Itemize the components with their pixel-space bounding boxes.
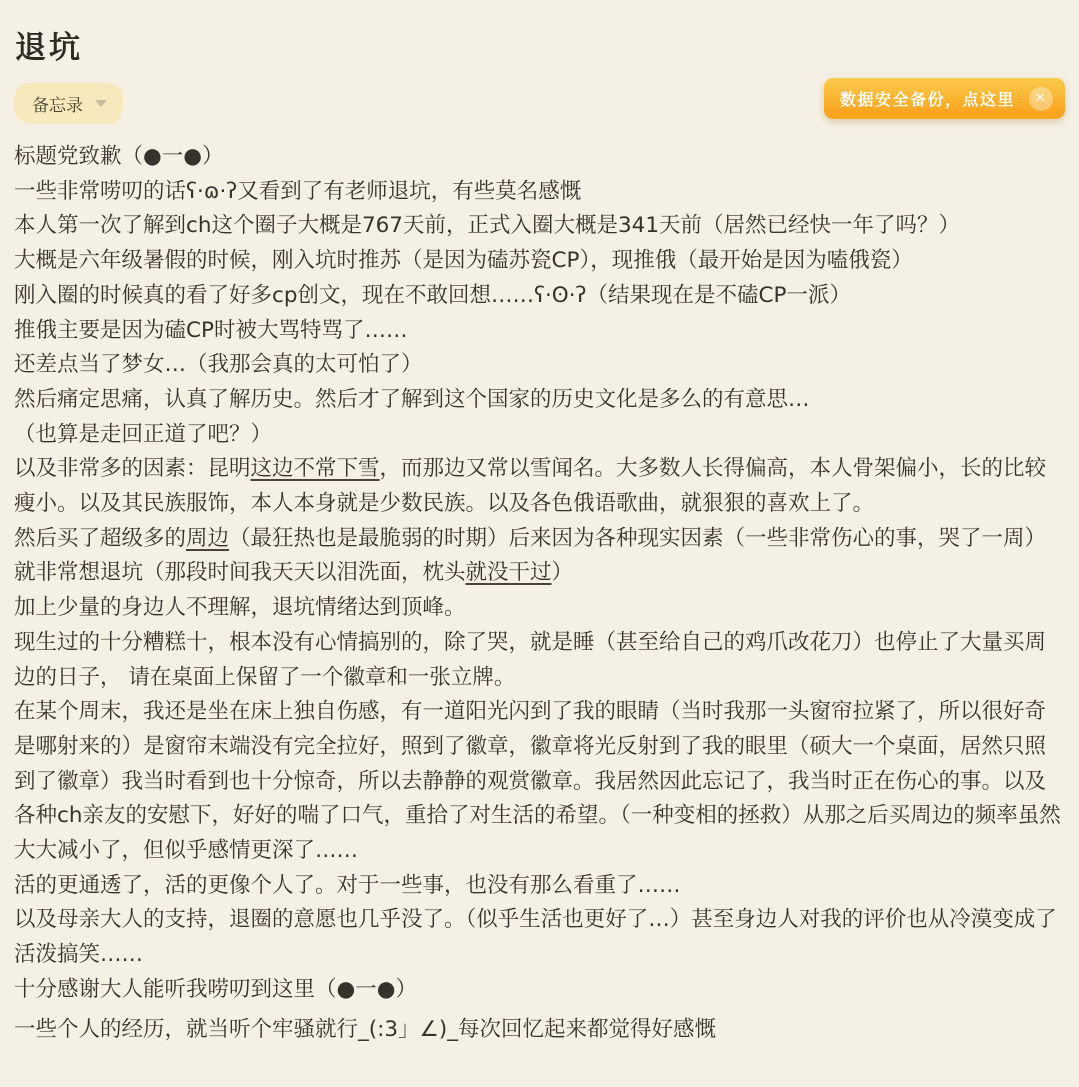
note-paragraph: 活的更通透了，活的更像个人了。对于一些事，也没有那么看重了…… <box>14 869 1067 904</box>
note-paragraph: 然后买了超级多的周边（最狂热也是最脆弱的时期）后来因为各种现实因素（一些非常伤心… <box>14 522 1067 591</box>
note-paragraph: 以及母亲大人的支持，退圈的意愿也几乎没了。（似乎生活也更好了…）甚至身边人对我的… <box>14 903 1067 972</box>
note-text: 以及母亲大人的支持，退圈的意愿也几乎没了。（似乎生活也更好了…）甚至身边人对我的… <box>14 907 1057 967</box>
note-paragraph: 加上少量的身边人不理解，退坑情绪达到顶峰。 <box>14 591 1067 626</box>
note-paragraph: 标题党致歉（●一●） <box>14 140 1067 175</box>
note-text: 一些非常唠叨的话ʕ·ɷ·ʔ又看到了有老师退坑，有些莫名感慨 <box>14 179 581 204</box>
note-text: 现生过的十分糟糕十，根本没有心情搞别的，除了哭，就是睡（甚至给自己的鸡爪改花刀）… <box>14 630 1046 690</box>
note-paragraph: 刚入圈的时候真的看了好多cp创文，现在不敢回想……ʕ·ʘ·ʔ（结果现在是不磕CP… <box>14 279 1067 314</box>
note-text: （也算是走回正道了吧？） <box>14 422 272 447</box>
note-paragraph: 以及非常多的因素：昆明这边不常下雪，而那边又常以雪闻名。大多数人长得偏高，本人骨… <box>14 452 1067 521</box>
note-text: 然后买了超级多的 <box>14 526 186 551</box>
note-text: 加上少量的身边人不理解，退坑情绪达到顶峰。 <box>14 595 466 620</box>
note-text: 以及非常多的因素：昆明 <box>14 456 251 481</box>
backup-banner[interactable]: 数据安全备份，点这里 ✕ <box>824 78 1065 119</box>
category-badge-label: 备忘录 <box>32 91 83 116</box>
note-text: 本人第一次了解到ch这个圈子大概是767天前，正式入圈大概是341天前（居然已经… <box>14 213 960 238</box>
note-text: 在某个周末，我还是坐在床上独自伤感，有一道阳光闪到了我的眼睛（当时我那一头窗帘拉… <box>14 699 1061 863</box>
note-text: 然后痛定思痛，认真了解历史。然后才了解到这个国家的历史文化是多么的有意思… <box>14 387 810 412</box>
note-paragraph: 大概是六年级暑假的时候，刚入坑时推苏（是因为磕苏瓷CP），现推俄（最开始是因为嗑… <box>14 244 1067 279</box>
note-text: ） <box>552 560 574 585</box>
note-text: 推俄主要是因为磕CP时被大骂特骂了…… <box>14 318 407 343</box>
note-paragraph: 一些非常唠叨的话ʕ·ɷ·ʔ又看到了有老师退坑，有些莫名感慨 <box>14 175 1067 210</box>
note-body[interactable]: 标题党致歉（●一●）一些非常唠叨的话ʕ·ɷ·ʔ又看到了有老师退坑，有些莫名感慨本… <box>14 140 1067 1047</box>
note-paragraph: 现生过的十分糟糕十，根本没有心情搞别的，除了哭，就是睡（甚至给自己的鸡爪改花刀）… <box>14 626 1067 695</box>
note-text: 十分感谢大人能听我唠叨到这里（●一●） <box>14 977 417 1002</box>
note-paragraph: 本人第一次了解到ch这个圈子大概是767天前，正式入圈大概是341天前（居然已经… <box>14 209 1067 244</box>
close-icon[interactable]: ✕ <box>1029 87 1053 111</box>
chevron-down-icon <box>95 100 107 107</box>
note-text: 大概是六年级暑假的时候，刚入坑时推苏（是因为磕苏瓷CP），现推俄（最开始是因为嗑… <box>14 248 913 273</box>
note-text: 一些个人的经历，就当听个牢骚就行_(:3」∠)_每次回忆起来都觉得好感慨 <box>14 1017 716 1042</box>
page-title: 退坑 <box>15 22 83 67</box>
backup-banner-text: 数据安全备份，点这里 <box>840 87 1015 110</box>
note-text: 还差点当了梦女…（我那会真的太可怕了） <box>14 352 423 377</box>
note-text: 刚入圈的时候真的看了好多cp创文，现在不敢回想……ʕ·ʘ·ʔ（结果现在是不磕CP… <box>14 283 851 308</box>
note-paragraph: 还差点当了梦女…（我那会真的太可怕了） <box>14 348 1067 383</box>
category-badge[interactable]: 备忘录 <box>14 83 123 124</box>
note-text: 标题党致歉（●一●） <box>14 144 224 169</box>
note-paragraph: （也算是走回正道了吧？） <box>14 418 1067 453</box>
note-paragraph: 十分感谢大人能听我唠叨到这里（●一●） <box>14 973 1067 1008</box>
note-paragraph: 推俄主要是因为磕CP时被大骂特骂了…… <box>14 314 1067 349</box>
note-paragraph: 一些个人的经历，就当听个牢骚就行_(:3」∠)_每次回忆起来都觉得好感慨 <box>14 1013 1067 1048</box>
note-text-underlined: 就没干过 <box>466 560 552 585</box>
note-text: 活的更通透了，活的更像个人了。对于一些事，也没有那么看重了…… <box>14 873 681 898</box>
note-paragraph: 然后痛定思痛，认真了解历史。然后才了解到这个国家的历史文化是多么的有意思… <box>14 383 1067 418</box>
note-paragraph: 在某个周末，我还是坐在床上独自伤感，有一道阳光闪到了我的眼睛（当时我那一头窗帘拉… <box>14 695 1067 869</box>
note-text-underlined: 周边 <box>186 526 229 551</box>
memo-page: 退坑 备忘录 数据安全备份，点这里 ✕ 标题党致歉（●一●）一些非常唠叨的话ʕ·… <box>0 0 1079 1087</box>
note-text-underlined: 这边不常下雪 <box>251 456 380 481</box>
